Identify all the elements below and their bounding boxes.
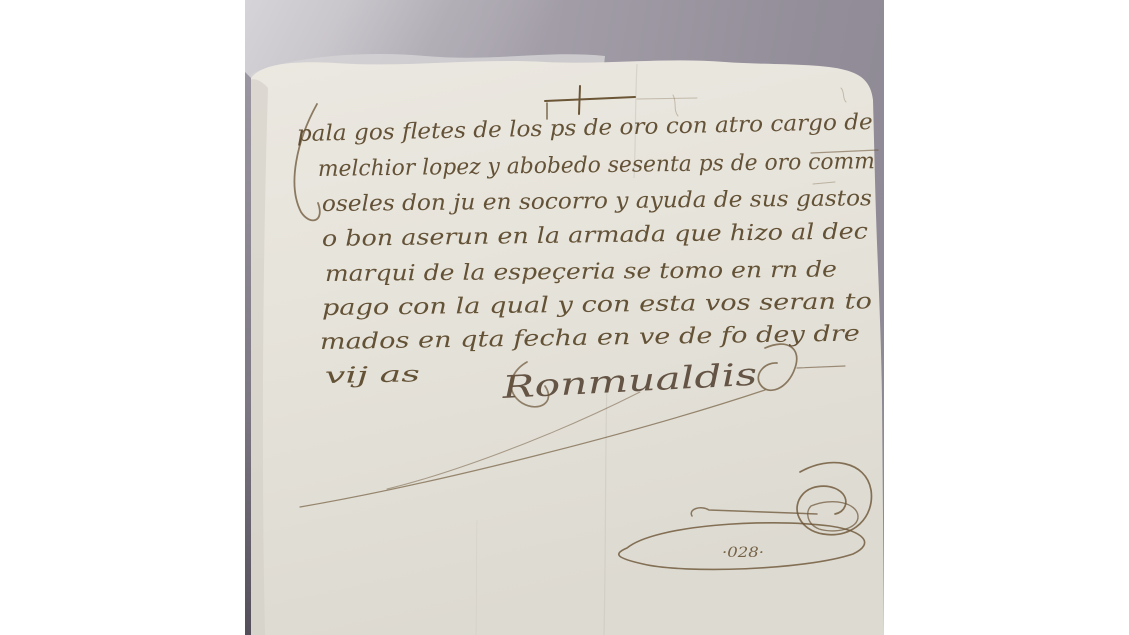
text-line-5: marqui de la espeçeria se tomo en rn de <box>325 258 837 287</box>
text-line-8: vij as <box>325 362 420 389</box>
manuscript-scene: pala gos fletes de los ps de oro con atr… <box>245 0 884 635</box>
manuscript-photo: pala gos fletes de los ps de oro con atr… <box>245 0 884 635</box>
page-canvas: pala gos fletes de los ps de oro con atr… <box>0 0 1129 635</box>
book-edge-strip <box>245 72 251 635</box>
folio-number: ·028· <box>722 545 764 561</box>
